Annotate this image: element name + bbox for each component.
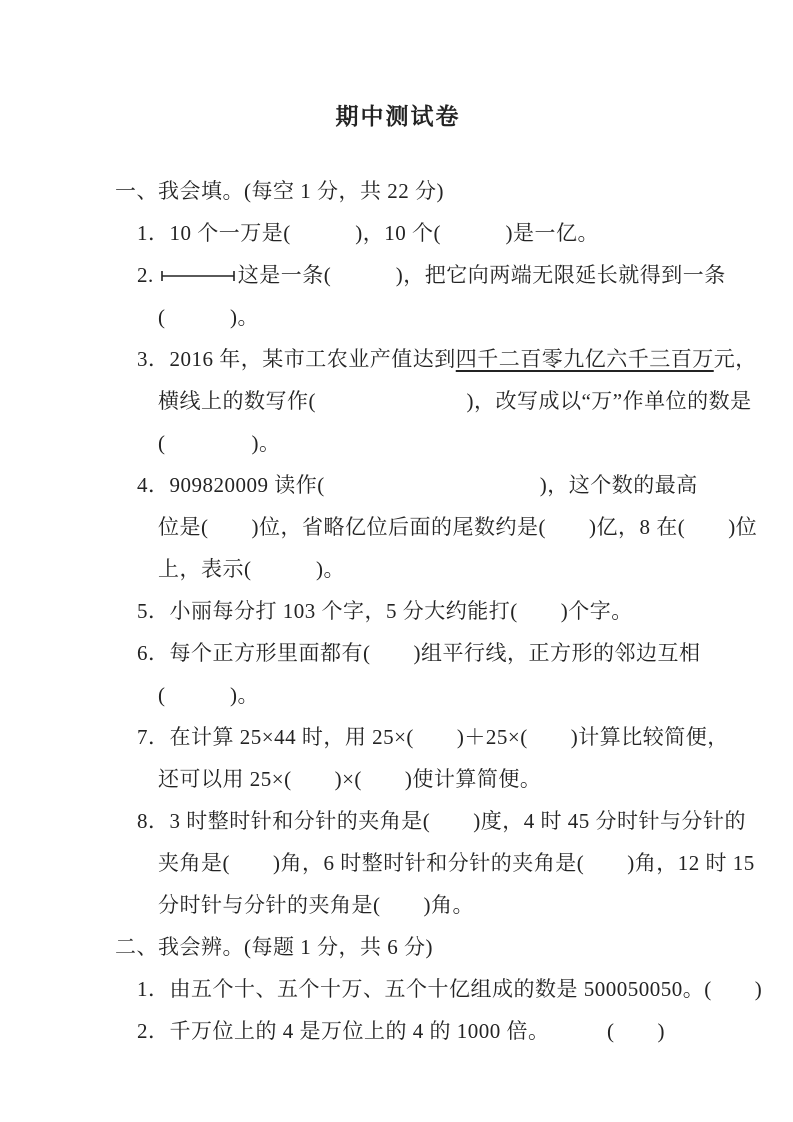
s1-question-7-line-2: 还可以用 25×( )×( )使计算简便。 [115, 758, 681, 800]
s1-question-4-line-1: 4．909820009 读作( )，这个数的最高 [115, 464, 681, 506]
s1-question-2-line-2: ( )。 [115, 296, 681, 338]
s1-question-6-line-1: 6．每个正方形里面都有( )组平行线，正方形的邻边互相 [115, 632, 681, 674]
s1-question-8-line-1: 8．3 时整时针和分针的夹角是( )度，4 时 45 分时针与分针的 [115, 800, 681, 842]
s1-question-3-line-1: 3．2016 年，某市工农业产值达到四千二百零九亿六千三百万元， [115, 338, 681, 380]
s1-question-6-line-2: ( )。 [115, 674, 681, 716]
s1-question-2-text: 这是一条( )，把它向两端无限延长就得到一条 [238, 263, 726, 287]
test-paper-page: 期中测试卷 一、我会填。(每空 1 分，共 22 分) 1．10 个一万是( )… [0, 0, 793, 1122]
s1-question-3-text-after: 元， [714, 347, 757, 371]
paper-content: 期中测试卷 一、我会填。(每空 1 分，共 22 分) 1．10 个一万是( )… [115, 104, 681, 1052]
s2-question-1: 1．由五个十、五个十万、五个十亿组成的数是 500050050。( ) [115, 968, 681, 1010]
s1-question-5: 5．小丽每分打 103 个字，5 分大约能打( )个字。 [115, 590, 681, 632]
s1-question-2-line-1: 2.这是一条( )，把它向两端无限延长就得到一条 [115, 254, 681, 296]
s2-question-2-text: 2．千万位上的 4 是万位上的 4 的 1000 倍。 [137, 1019, 550, 1043]
s1-question-3-line-2: 横线上的数写作( )，改写成以“万”作单位的数是 [115, 380, 681, 422]
s1-question-3-line-3: ( )。 [115, 422, 681, 464]
s1-question-4-line-3: 上，表示( )。 [115, 548, 681, 590]
s2-question-2: 2．千万位上的 4 是万位上的 4 的 1000 倍。 ( ) [115, 1010, 681, 1052]
s1-question-7-line-1: 7．在计算 25×44 时，用 25×( )＋25×( )计算比较简便， [115, 716, 681, 758]
answer-bracket: ( ) [607, 1010, 665, 1052]
underlined-amount: 四千二百零九亿六千三百万 [456, 347, 714, 371]
s1-question-4-line-2: 位是( )位，省略亿位后面的尾数约是( )亿，8 在( )位 [115, 506, 681, 548]
line-segment-icon [160, 268, 236, 284]
s1-question-2-number: 2. [137, 263, 154, 287]
s1-question-8-line-3: 分时针与分针的夹角是( )角。 [115, 884, 681, 926]
section-1-heading: 一、我会填。(每空 1 分，共 22 分) [115, 170, 681, 212]
section-2-heading: 二、我会辨。(每题 1 分，共 6 分) [115, 926, 681, 968]
s1-question-8-line-2: 夹角是( )角，6 时整时针和分针的夹角是( )角，12 时 15 [115, 842, 681, 884]
s1-question-3-text-before: 3．2016 年，某市工农业产值达到 [137, 347, 456, 371]
page-title: 期中测试卷 [115, 104, 681, 129]
s1-question-1: 1．10 个一万是( )，10 个( )是一亿。 [115, 212, 681, 254]
